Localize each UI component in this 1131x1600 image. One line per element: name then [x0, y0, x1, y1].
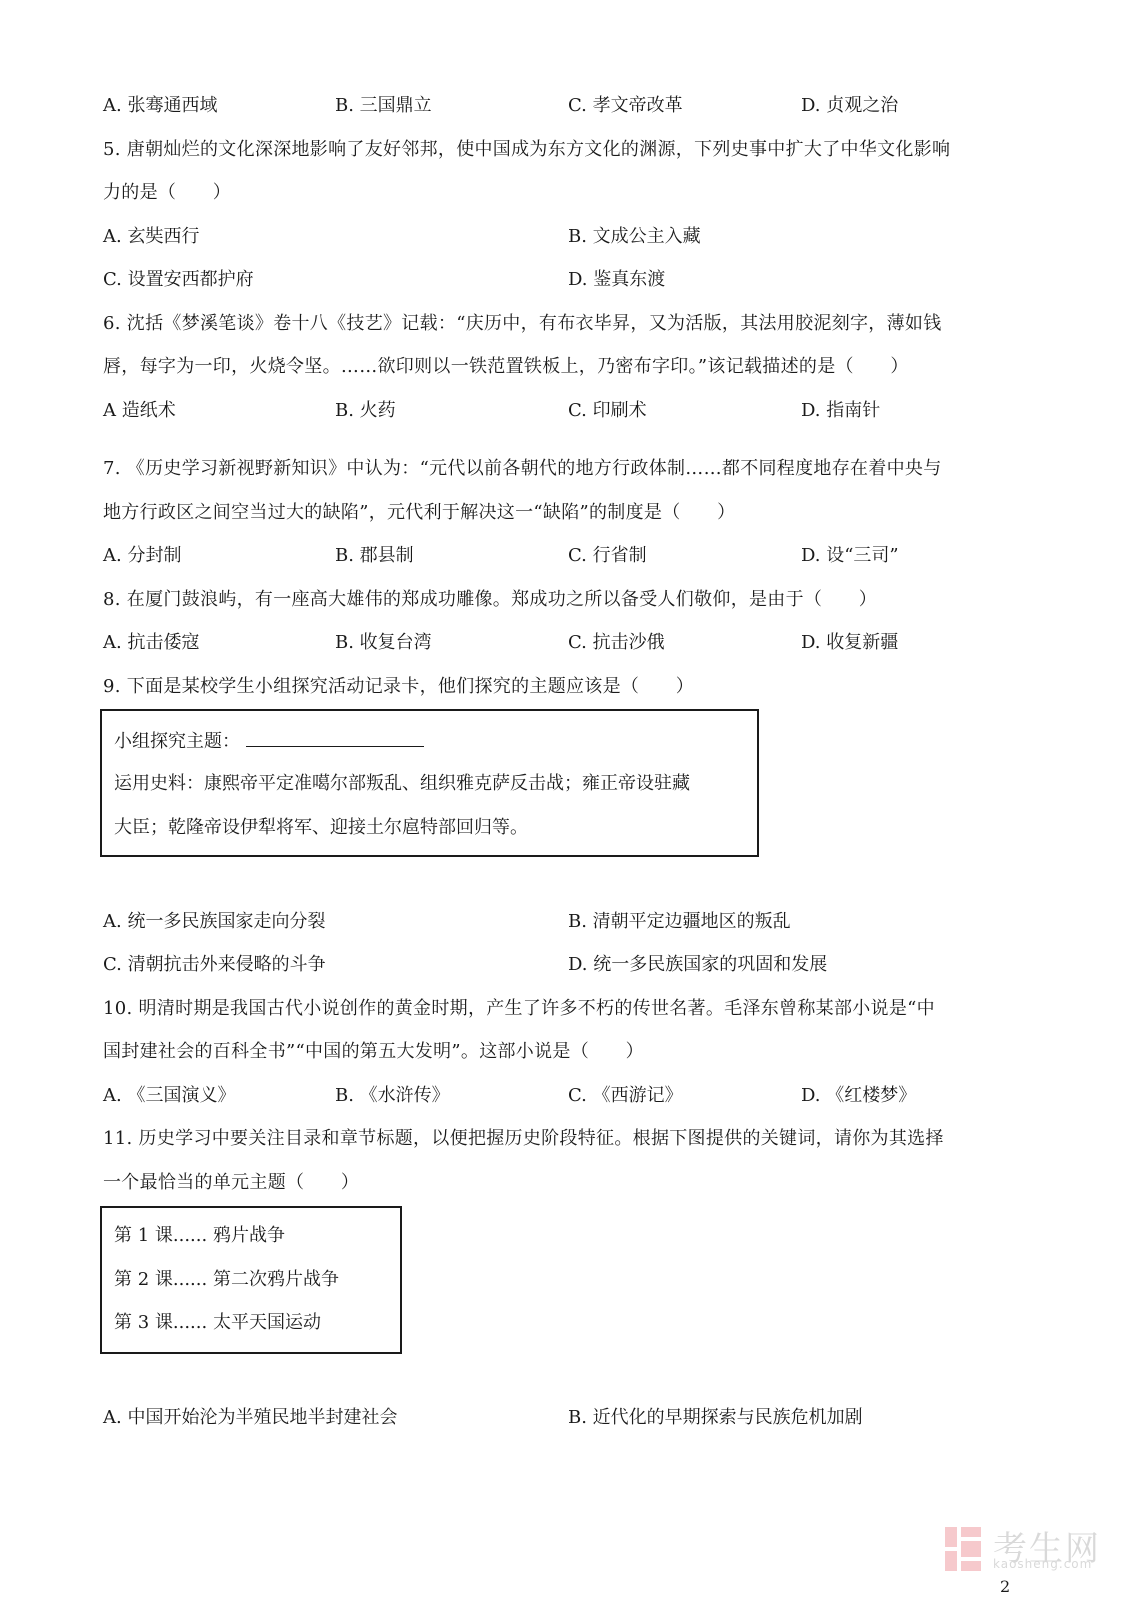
q9-topic-blank: [246, 729, 424, 747]
q9-stem-line-1: 9. 下面是某校学生小组探究活动记录卡，他们探究的主题应该是（ ）: [103, 675, 694, 699]
q6-stem-line-2: 唇，每字为一印，火烧令坚。……欲印则以一铁范置铁板上，乃密布字印。”该记载描述的…: [103, 355, 909, 379]
q7-option-d: D. 设“三司”: [801, 544, 899, 568]
q8-option-b: B. 收复台湾: [335, 631, 432, 655]
q5-option-d: D. 鉴真东渡: [568, 268, 665, 292]
q7-option-b: B. 郡县制: [335, 544, 414, 568]
q9-material-line-1: 运用史料：康熙帝平定准噶尔部叛乱、组织雅克萨反击战；雍正帝设驻藏: [114, 772, 690, 796]
q8-option-c: C. 抗击沙俄: [568, 631, 665, 655]
q9-material-line-2: 大臣；乾隆帝设伊犁将军、迎接土尔扈特部回归等。: [114, 816, 528, 840]
q10-stem-line-2: 国封建社会的百科全书”“中国的第五大发明”。这部小说是（ ）: [103, 1040, 644, 1064]
q9-option-a: A. 统一多民族国家走向分裂: [103, 910, 325, 934]
q4-option-c: C. 孝文帝改革: [568, 94, 683, 118]
q9-record-card: 小组探究主题： 运用史料：康熙帝平定准噶尔部叛乱、组织雅克萨反击战；雍正帝设驻藏…: [100, 709, 759, 857]
q11-lesson-3: 第 3 课...... 太平天国运动: [114, 1311, 321, 1335]
q10-option-d: D. 《红楼梦》: [801, 1084, 916, 1108]
q6-option-d: D. 指南针: [801, 399, 880, 423]
q7-option-a: A. 分封制: [103, 544, 181, 568]
q8-option-a: A. 抗击倭寇: [103, 631, 199, 655]
q10-option-a: A. 《三国演义》: [103, 1084, 235, 1108]
q10-option-b: B. 《水浒传》: [335, 1084, 450, 1108]
q9-topic-row: 小组探究主题：: [114, 729, 424, 754]
q4-option-d: D. 贞观之治: [801, 94, 898, 118]
page-number: 2: [1000, 1578, 1010, 1596]
q9-topic-label: 小组探究主题：: [114, 731, 240, 752]
q11-stem-line-2: 一个最恰当的单元主题（ ）: [103, 1171, 359, 1195]
watermark: 考生网 kaosheng.com: [945, 1525, 1125, 1575]
q5-option-c: C. 设置安西都护府: [103, 268, 254, 292]
q7-option-c: C. 行省制: [568, 544, 647, 568]
q7-stem-line-1: 7. 《历史学习新视野新知识》中认为：“元代以前各朝代的地方行政体制……都不同程…: [103, 457, 942, 481]
q6-stem-line-1: 6. 沈括《梦溪笔谈》卷十八《技艺》记载：“庆历中，有布衣毕昇，又为活版，其法用…: [103, 312, 942, 336]
q9-option-d: D. 统一多民族国家的巩固和发展: [568, 953, 827, 977]
q9-option-c: C. 清朝抗击外来侵略的斗争: [103, 953, 326, 977]
q5-option-a: A. 玄奘西行: [103, 225, 199, 249]
q8-option-d: D. 收复新疆: [801, 631, 898, 655]
q11-contents-box: 第 1 课...... 鸦片战争 第 2 课...... 第二次鸦片战争 第 3…: [100, 1206, 402, 1354]
q5-stem-line-1: 5. 唐朝灿烂的文化深深地影响了友好邻邦，使中国成为东方文化的渊源，下列史事中扩…: [103, 138, 950, 162]
q11-option-b: B. 近代化的早期探索与民族危机加剧: [568, 1406, 863, 1430]
q4-option-a: A. 张骞通西域: [103, 94, 217, 118]
q10-stem-line-1: 10. 明清时期是我国古代小说创作的黄金时期，产生了许多不朽的传世名著。毛泽东曾…: [103, 997, 935, 1021]
q6-option-a: A 造纸术: [103, 399, 176, 423]
q10-option-c: C. 《西游记》: [568, 1084, 683, 1108]
q11-stem-line-1: 11. 历史学习中要关注目录和章节标题，以便把握历史阶段特征。根据下图提供的关键…: [103, 1127, 944, 1151]
q9-option-b: B. 清朝平定边疆地区的叛乱: [568, 910, 791, 934]
q7-stem-line-2: 地方行政区之间空当过大的缺陷”，元代利于解决这一“缺陷”的制度是（ ）: [103, 501, 735, 525]
watermark-logo-icon: [945, 1527, 985, 1571]
q11-lesson-2: 第 2 课...... 第二次鸦片战争: [114, 1268, 339, 1292]
q11-option-a: A. 中国开始沦为半殖民地半封建社会: [103, 1406, 397, 1430]
q11-lesson-1: 第 1 课...... 鸦片战争: [114, 1224, 285, 1248]
q6-option-c: C. 印刷术: [568, 399, 647, 423]
q5-option-b: B. 文成公主入藏: [568, 225, 701, 249]
q5-stem-line-2: 力的是（ ）: [103, 181, 231, 205]
q6-option-b: B. 火药: [335, 399, 396, 423]
watermark-url: kaosheng.com: [993, 1557, 1092, 1571]
q8-stem-line-1: 8. 在厦门鼓浪屿，有一座高大雄伟的郑成功雕像。郑成功之所以备受人们敬仰，是由于…: [103, 588, 877, 612]
q4-option-b: B. 三国鼎立: [335, 94, 432, 118]
